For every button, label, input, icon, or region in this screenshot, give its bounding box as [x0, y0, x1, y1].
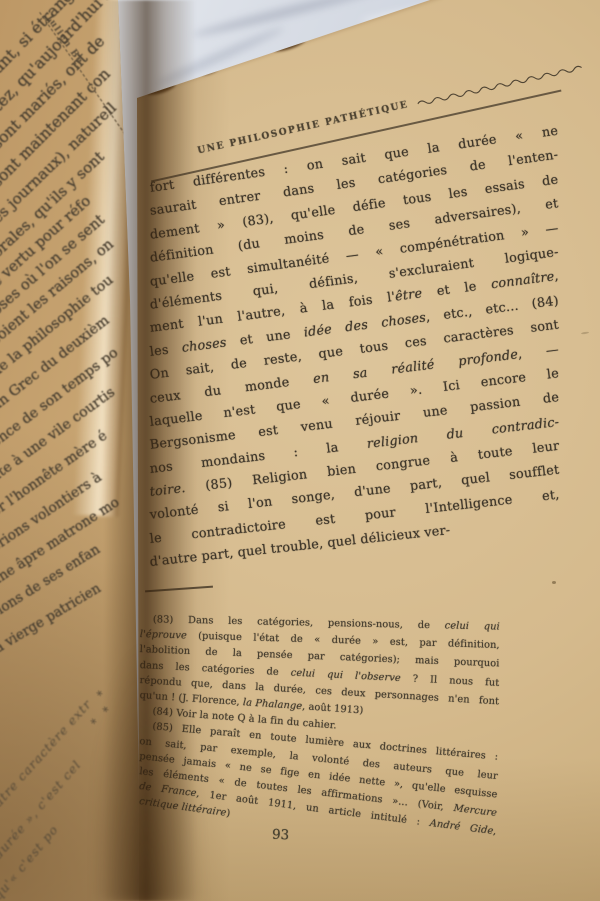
body-text: fort différentes : on sait que la durée … — [149, 181, 561, 579]
section-break-asterisk: * — [91, 688, 105, 703]
footnote-text: (83) Dans les catégories, pensions-nous,… — [140, 614, 500, 811]
footnote-separator-rule — [145, 586, 213, 592]
section-break-asterisk: * — [97, 704, 111, 719]
page-number: 93 — [272, 827, 290, 844]
section-break-asterisk: * — [85, 716, 99, 731]
page-edge-burn-spot — [338, 18, 355, 28]
wavy-rule-ornament — [417, 63, 583, 107]
paper-speck — [581, 331, 589, 334]
book-photo: Julien Be ant, si étrangemtez, qu'aujour… — [0, 0, 600, 901]
paper-speck — [552, 581, 556, 584]
